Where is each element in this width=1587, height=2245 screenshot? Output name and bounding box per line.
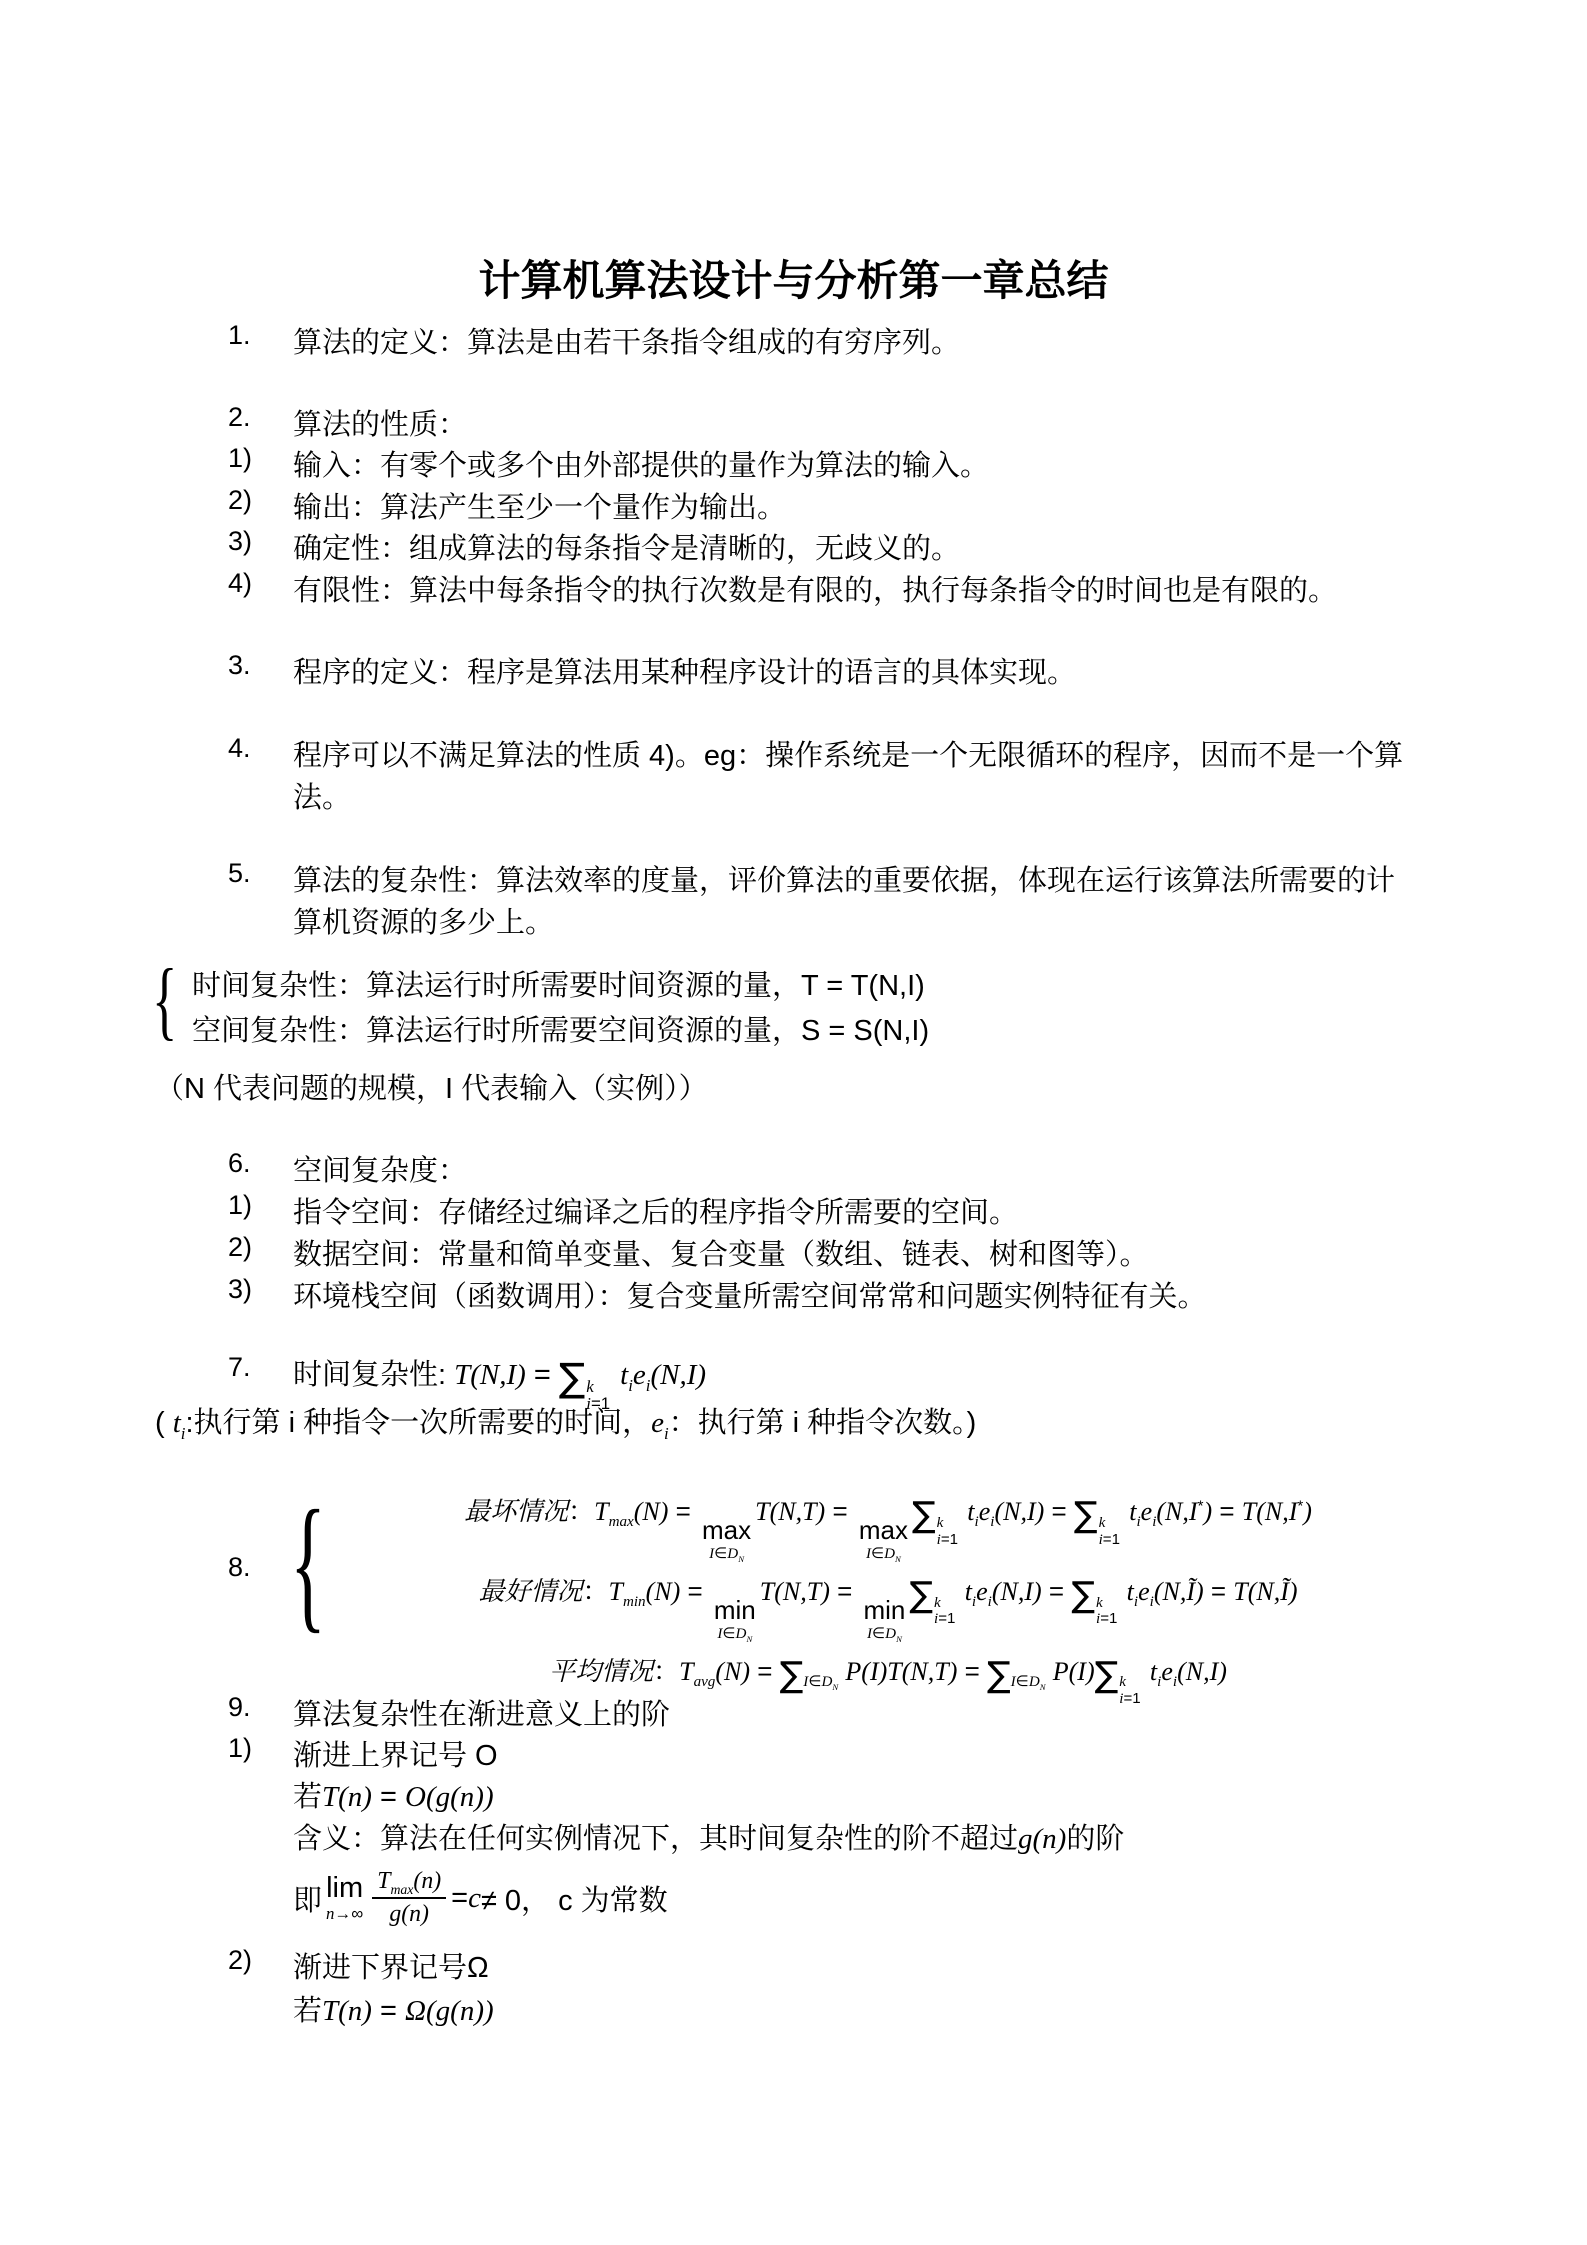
item-2-sub-3-number: 3)	[228, 526, 252, 557]
item-4-text-line1: 程序可以不满足算法的性质 4)。eg：操作系统是一个无限循环的程序，因而不是一个…	[293, 733, 1403, 774]
item-9-sub-1: 1) 渐进上界记号 O	[0, 1733, 1587, 1777]
item-8-number: 8.	[228, 1552, 251, 1583]
best-case-formula: 最好情况：Tmin(N) = minI∈DNT(N,T) = minI∈DN∑k…	[318, 1562, 1458, 1642]
item-7-note: ( ti:执行第 i 种指令一次所需要的时间，ei：执行第 i 种指令次数。)	[0, 1400, 1587, 1444]
big-o-definition-formula: 若T(n) = O(g(n))	[293, 1774, 494, 1815]
item-2-text: 算法的性质：	[293, 402, 467, 443]
item-6-sub-3: 3) 环境栈空间（函数调用）：复合变量所需空间常常和问题实例特征有关。	[0, 1274, 1587, 1318]
item-4-text-line2: 法。	[293, 775, 351, 816]
big-o-definition-line: 若T(n) = O(g(n))	[0, 1774, 1587, 1818]
item-9-sub-2-number: 2)	[228, 1945, 252, 1976]
limit-formula: 即 limn→∞Tmax(n)g(n) = c ≠ 0， c 为常数	[293, 1852, 668, 1944]
item-2-sub-4-number: 4)	[228, 568, 252, 599]
item-2-sub-2-text: 输出：算法产生至少一个量作为输出。	[293, 485, 786, 526]
item-2-sub-1-text: 输入：有零个或多个由外部提供的量作为算法的输入。	[293, 443, 989, 484]
item-6-sub-2: 2) 数据空间：常量和简单变量、复合变量（数组、链表、树和图等）。	[0, 1232, 1587, 1276]
item-6-sub-1-number: 1)	[228, 1190, 252, 1221]
item-6-sub-2-text: 数据空间：常量和简单变量、复合变量（数组、链表、树和图等）。	[293, 1232, 1149, 1273]
time-complexity-text: 时间复杂性：算法运行时所需要时间资源的量，T = T(N,I)	[192, 963, 925, 1004]
item-9-sub-1-number: 1)	[228, 1733, 252, 1764]
time-complexity-line: 时间复杂性：算法运行时所需要时间资源的量，T = T(N,I)	[0, 963, 1587, 1007]
notation-note-line: （N 代表问题的规模，I 代表输入（实例））	[0, 1066, 1587, 1110]
item-9-sub-2-text: 渐进下界记号Ω	[293, 1945, 489, 1986]
page-title: 计算机算法设计与分析第一章总结	[0, 248, 1587, 308]
item-1: 1. 算法的定义：算法是由若干条指令组成的有穷序列。	[0, 320, 1587, 364]
space-complexity-text: 空间复杂性：算法运行时所需要空间资源的量，S = S(N,I)	[192, 1008, 929, 1049]
item-2-sub-3: 3) 确定性：组成算法的每条指令是清晰的，无歧义的。	[0, 526, 1587, 570]
item-3: 3. 程序的定义：程序是算法用某种程序设计的语言的具体实现。	[0, 650, 1587, 694]
item-4-continuation: 法。	[0, 775, 1587, 819]
item-6-text: 空间复杂度：	[293, 1148, 467, 1189]
item-6-sub-2-number: 2)	[228, 1232, 252, 1263]
item-6-sub-3-number: 3)	[228, 1274, 252, 1305]
space-complexity-line: 空间复杂性：算法运行时所需要空间资源的量，S = S(N,I)	[0, 1008, 1587, 1052]
item-2-sub-4-text: 有限性：算法中每条指令的执行次数是有限的，执行每条指令的时间也是有限的。	[293, 568, 1337, 609]
item-5-text-line2: 算机资源的多少上。	[293, 900, 554, 941]
item-2-sub-2: 2) 输出：算法产生至少一个量作为输出。	[0, 485, 1587, 529]
item-3-text: 程序的定义：程序是算法用某种程序设计的语言的具体实现。	[293, 650, 1076, 691]
document-page: 计算机算法设计与分析第一章总结 1. 算法的定义：算法是由若干条指令组成的有穷序…	[0, 0, 1587, 2245]
item-7-note-text: ( ti:执行第 i 种指令一次所需要的时间，ei：执行第 i 种指令次数。)	[155, 1400, 976, 1441]
item-2-sub-1-number: 1)	[228, 443, 252, 474]
item-1-number: 1.	[228, 320, 251, 351]
item-4-number: 4.	[228, 733, 251, 764]
item-9-text: 算法复杂性在渐进意义上的阶	[293, 1692, 670, 1733]
item-6-sub-1: 1) 指令空间：存储经过编译之后的程序指令所需要的空间。	[0, 1190, 1587, 1234]
omega-definition-formula: 若T(n) = Ω(g(n))	[293, 1988, 494, 2029]
item-9-sub-1-text: 渐进上界记号 O	[293, 1733, 498, 1774]
item-9-number: 9.	[228, 1692, 251, 1723]
item-6-sub-1-text: 指令空间：存储经过编译之后的程序指令所需要的空间。	[293, 1190, 1018, 1231]
item-9-sub-2: 2) 渐进下界记号Ω	[0, 1945, 1587, 1989]
item-2-sub-4: 4) 有限性：算法中每条指令的执行次数是有限的，执行每条指令的时间也是有限的。	[0, 568, 1587, 612]
big-o-meaning-line: 含义：算法在任何实例情况下，其时间复杂性的阶不超过g(n)的阶	[0, 1816, 1587, 1860]
item-4: 4. 程序可以不满足算法的性质 4)。eg：操作系统是一个无限循环的程序，因而不…	[0, 733, 1587, 777]
item-2-sub-3-text: 确定性：组成算法的每条指令是清晰的，无歧义的。	[293, 526, 960, 567]
item-2: 2. 算法的性质：	[0, 402, 1587, 446]
item-5: 5. 算法的复杂性：算法效率的度量，评价算法的重要依据，体现在运行该算法所需要的…	[0, 858, 1587, 902]
item-5-text-line1: 算法的复杂性：算法效率的度量，评价算法的重要依据，体现在运行该算法所需要的计	[293, 858, 1395, 899]
item-5-continuation: 算机资源的多少上。	[0, 900, 1587, 944]
item-5-number: 5.	[228, 858, 251, 889]
item-2-sub-2-number: 2)	[228, 485, 252, 516]
item-7-number: 7.	[228, 1352, 251, 1383]
omega-definition-line: 若T(n) = Ω(g(n))	[0, 1988, 1587, 2032]
item-6-number: 6.	[228, 1148, 251, 1179]
item-1-text: 算法的定义：算法是由若干条指令组成的有穷序列。	[293, 320, 960, 361]
worst-case-formula: 最坏情况：Tmax(N) = maxI∈DNT(N,T) = maxI∈DN∑k…	[318, 1482, 1458, 1562]
notation-note-text: （N 代表问题的规模，I 代表输入（实例））	[155, 1066, 708, 1107]
item-9: 9. 算法复杂性在渐进意义上的阶	[0, 1692, 1587, 1736]
item-8-cases: 最坏情况：Tmax(N) = maxI∈DNT(N,T) = maxI∈DN∑k…	[318, 1482, 1458, 1708]
item-6: 6. 空间复杂度：	[0, 1148, 1587, 1192]
item-6-sub-3-text: 环境栈空间（函数调用）：复合变量所需空间常常和问题实例特征有关。	[293, 1274, 1207, 1315]
item-2-number: 2.	[228, 402, 251, 433]
big-o-meaning-text: 含义：算法在任何实例情况下，其时间复杂性的阶不超过g(n)的阶	[293, 1816, 1124, 1857]
item-3-number: 3.	[228, 650, 251, 681]
item-2-sub-1: 1) 输入：有零个或多个由外部提供的量作为算法的输入。	[0, 443, 1587, 487]
